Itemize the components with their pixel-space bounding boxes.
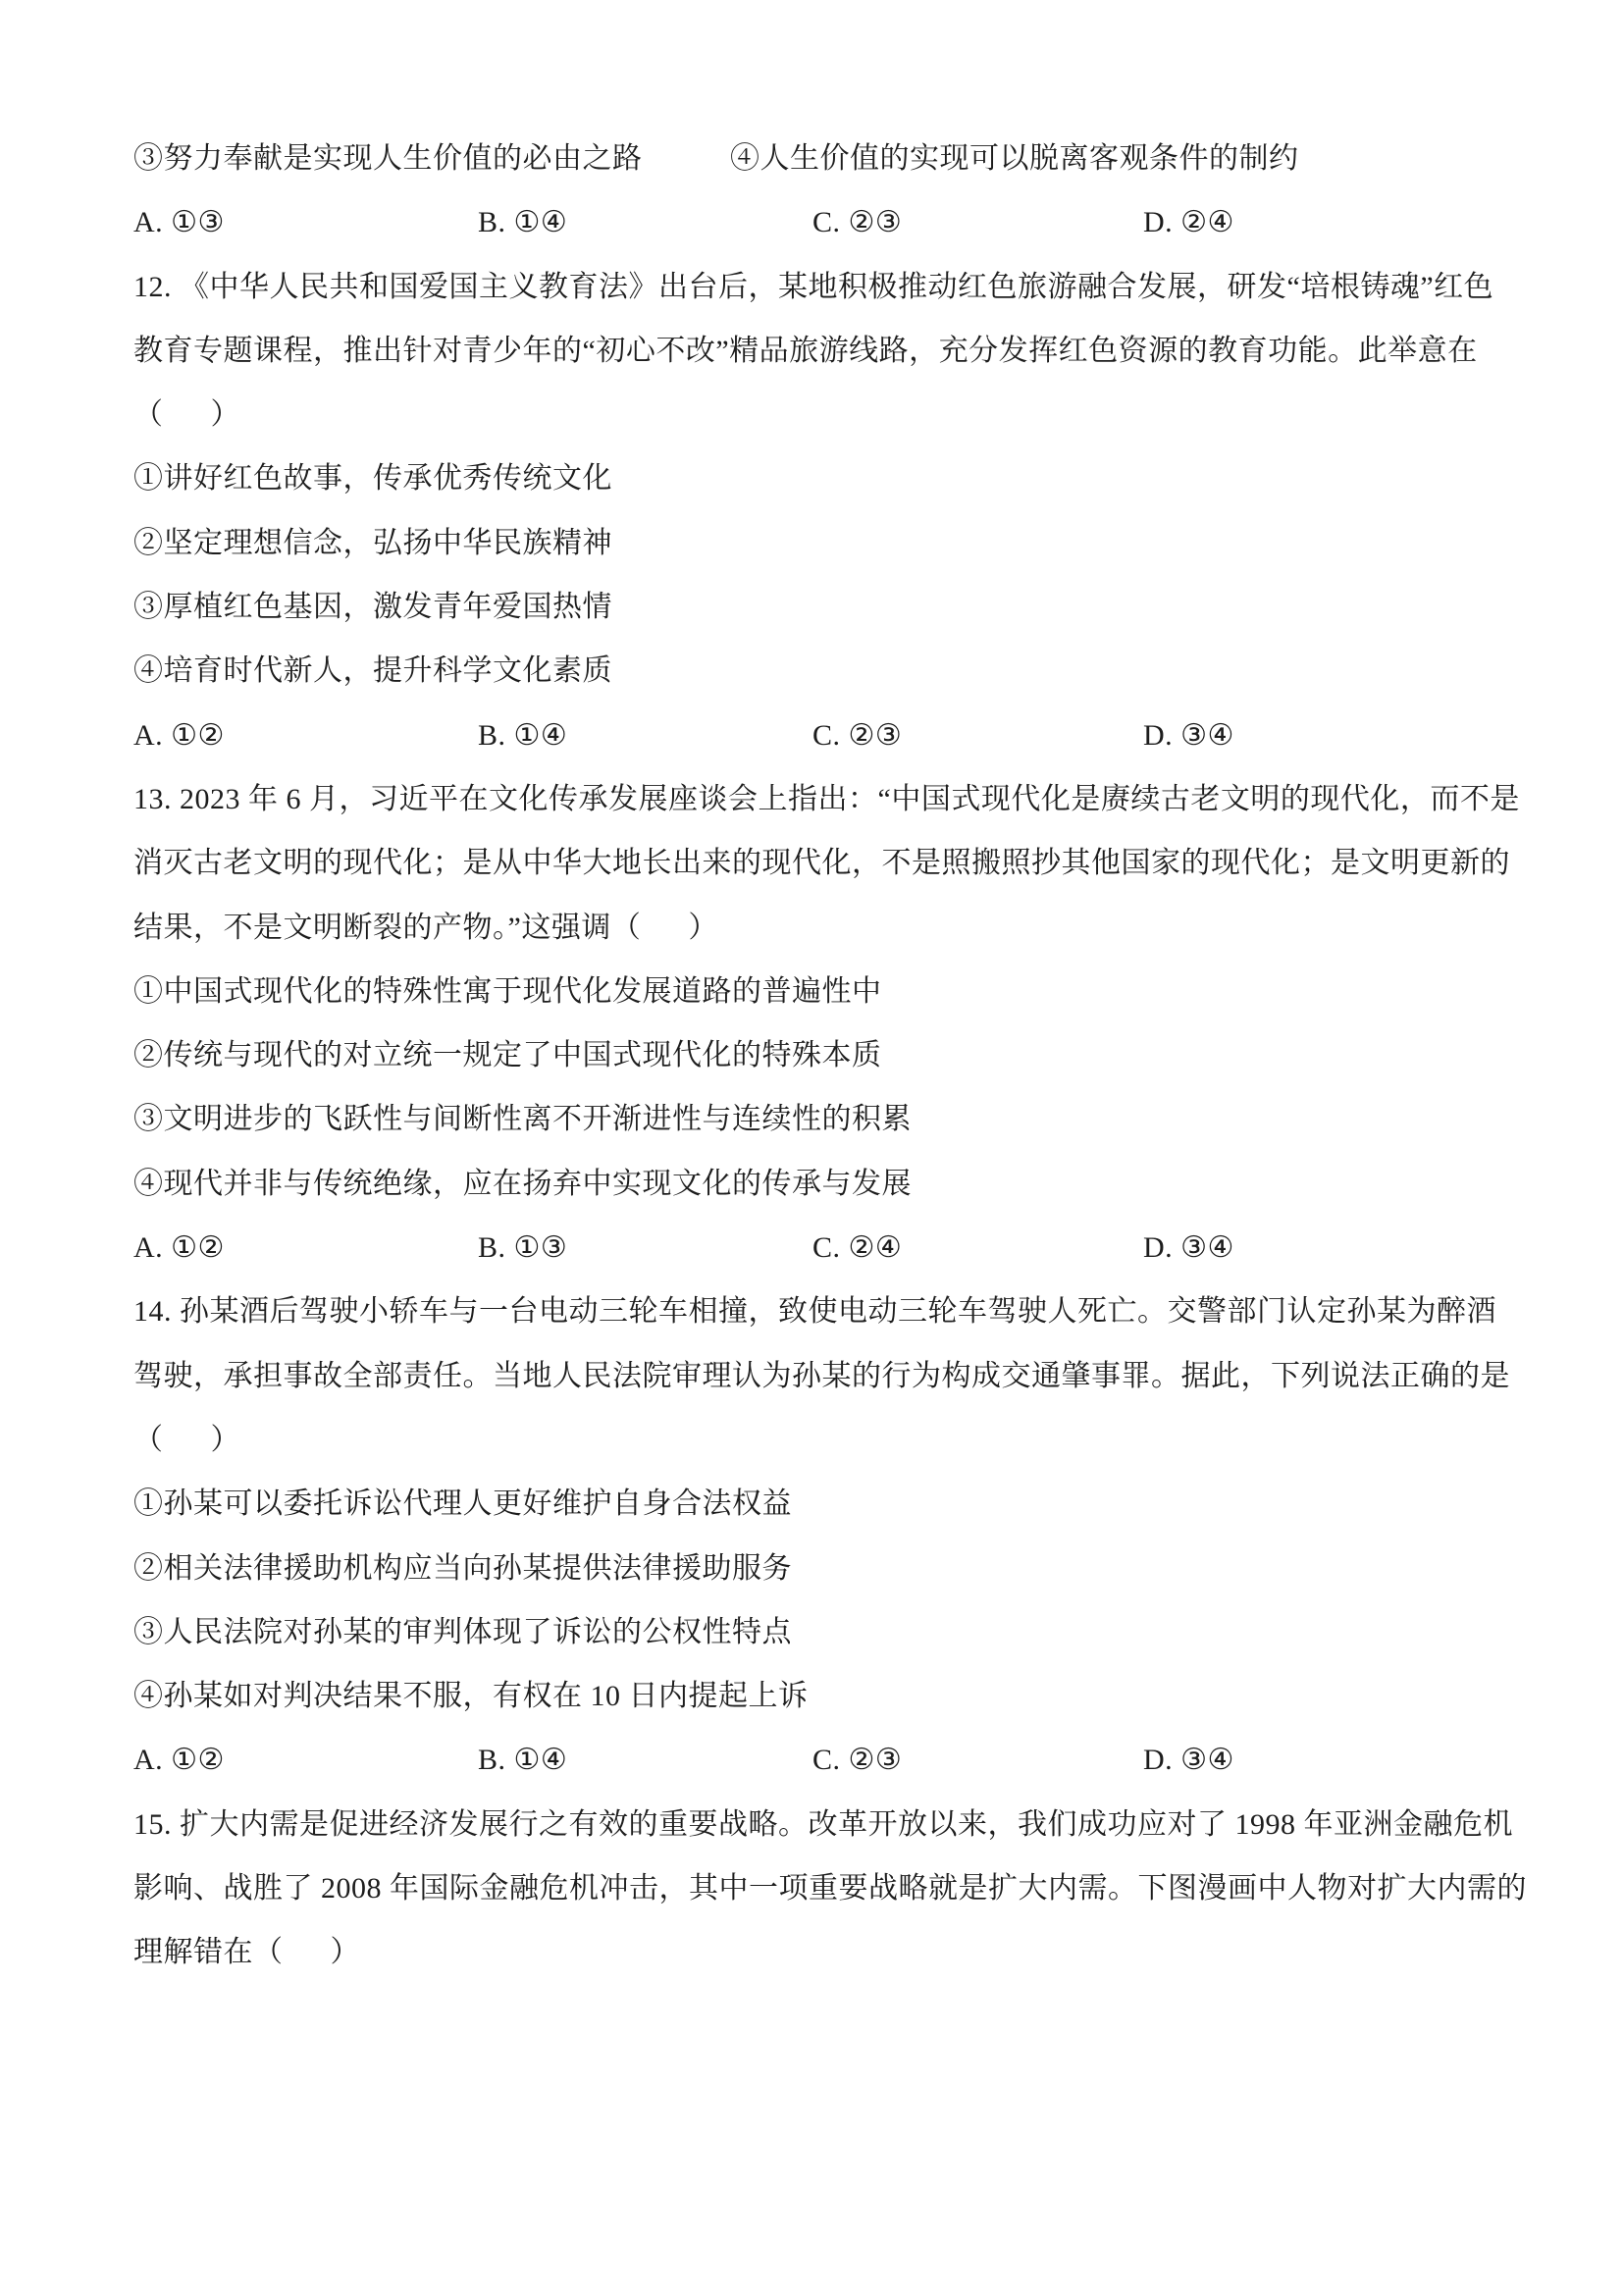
q13-item-1: ①中国式现代化的特殊性寓于现代化发展道路的普遍性中 (133, 960, 1488, 1023)
q14-stem-line-3: （ ） (133, 1408, 1488, 1472)
q12-stem-line-3: （ ） (133, 383, 1488, 446)
q12-answer-b: B. ①④ (478, 704, 567, 767)
q13-item-2: ②传统与现代的对立统一规定了中国式现代化的特殊本质 (133, 1023, 1488, 1087)
q13-answer-c: C. ②④ (812, 1216, 902, 1279)
q13-answer-row: A. ①② B. ①③ C. ②④ D. ③④ (133, 1216, 1488, 1279)
q14-answer-d: D. ③④ (1143, 1728, 1234, 1792)
q11-answer-c: C. ②③ (812, 190, 902, 254)
q12-item-4: ④培育时代新人，提升科学文化素质 (133, 639, 1488, 703)
q14-stem-line-2: 驾驶，承担事故全部责任。当地人民法院审理认为孙某的行为构成交通肇事罪。据此，下列… (133, 1344, 1488, 1408)
q12-answer-row: A. ①② B. ①④ C. ②③ D. ③④ (133, 704, 1488, 767)
q11-statement-4: ④人生价值的实现可以脱离客观条件的制约 (730, 127, 1299, 190)
q13-stem-line-2: 消灭古老文明的现代化；是从中华大地长出来的现代化，不是照搬照抄其他国家的现代化；… (133, 831, 1488, 895)
q14-stem-line-1: 14. 孙某酒后驾驶小轿车与一台电动三轮车相撞，致使电动三轮车驾驶人死亡。交警部… (133, 1279, 1488, 1343)
q12-item-3: ③厚植红色基因，激发青年爱国热情 (133, 575, 1488, 639)
q14-item-2: ②相关法律援助机构应当向孙某提供法律援助服务 (133, 1537, 1488, 1600)
q11-statement-3: ③努力奉献是实现人生价值的必由之路 (133, 127, 643, 190)
q15-stem-line-2: 影响、战胜了 2008 年国际金融危机冲击，其中一项重要战略就是扩大内需。下图漫… (133, 1856, 1488, 1920)
q12-answer-a: A. ①② (133, 704, 225, 767)
q13-answer-b: B. ①③ (478, 1216, 567, 1279)
q12-item-1: ①讲好红色故事，传承优秀传统文化 (133, 446, 1488, 510)
q15-stem-line-1: 15. 扩大内需是促进经济发展行之有效的重要战略。改革开放以来，我们成功应对了 … (133, 1793, 1488, 1856)
q14-item-3: ③人民法院对孙某的审判体现了诉讼的公权性特点 (133, 1600, 1488, 1664)
q13-stem-line-1: 13. 2023 年 6 月，习近平在文化传承发展座谈会上指出：“中国式现代化是… (133, 767, 1488, 831)
q11-answer-b: B. ①④ (478, 190, 567, 254)
q11-answer-d: D. ②④ (1143, 190, 1234, 254)
q13-answer-a: A. ①② (133, 1216, 225, 1279)
q12-answer-d: D. ③④ (1143, 704, 1234, 767)
q13-stem-line-3: 结果，不是文明断裂的产物。”这强调（ ） (133, 896, 1488, 960)
exam-page: ③努力奉献是实现人生价值的必由之路 ④人生价值的实现可以脱离客观条件的制约 A.… (0, 0, 1623, 2296)
q11-statements-row: ③努力奉献是实现人生价值的必由之路 ④人生价值的实现可以脱离客观条件的制约 (133, 127, 1488, 190)
q14-answer-a: A. ①② (133, 1728, 225, 1792)
q13-answer-d: D. ③④ (1143, 1216, 1234, 1279)
q12-stem-line-1: 12. 《中华人民共和国爱国主义教育法》出台后，某地积极推动红色旅游融合发展，研… (133, 255, 1488, 319)
q11-answer-a: A. ①③ (133, 190, 225, 254)
q12-answer-c: C. ②③ (812, 704, 902, 767)
q12-stem-line-2: 教育专题课程，推出针对青少年的“初心不改”精品旅游线路，充分发挥红色资源的教育功… (133, 319, 1488, 383)
q14-answer-row: A. ①② B. ①④ C. ②③ D. ③④ (133, 1728, 1488, 1792)
q14-item-4: ④孙某如对判决结果不服，有权在 10 日内提起上诉 (133, 1664, 1488, 1728)
q14-item-1: ①孙某可以委托诉讼代理人更好维护自身合法权益 (133, 1472, 1488, 1536)
q14-answer-c: C. ②③ (812, 1728, 902, 1792)
q14-answer-b: B. ①④ (478, 1728, 567, 1792)
q12-item-2: ②坚定理想信念，弘扬中华民族精神 (133, 511, 1488, 575)
exam-content: ③努力奉献是实现人生价值的必由之路 ④人生价值的实现可以脱离客观条件的制约 A.… (133, 127, 1488, 1985)
q15-stem-line-3: 理解错在（ ） (133, 1920, 1488, 1984)
q11-answer-row: A. ①③ B. ①④ C. ②③ D. ②④ (133, 190, 1488, 254)
q13-item-3: ③文明进步的飞跃性与间断性离不开渐进性与连续性的积累 (133, 1087, 1488, 1151)
q13-item-4: ④现代并非与传统绝缘，应在扬弃中实现文化的传承与发展 (133, 1152, 1488, 1216)
